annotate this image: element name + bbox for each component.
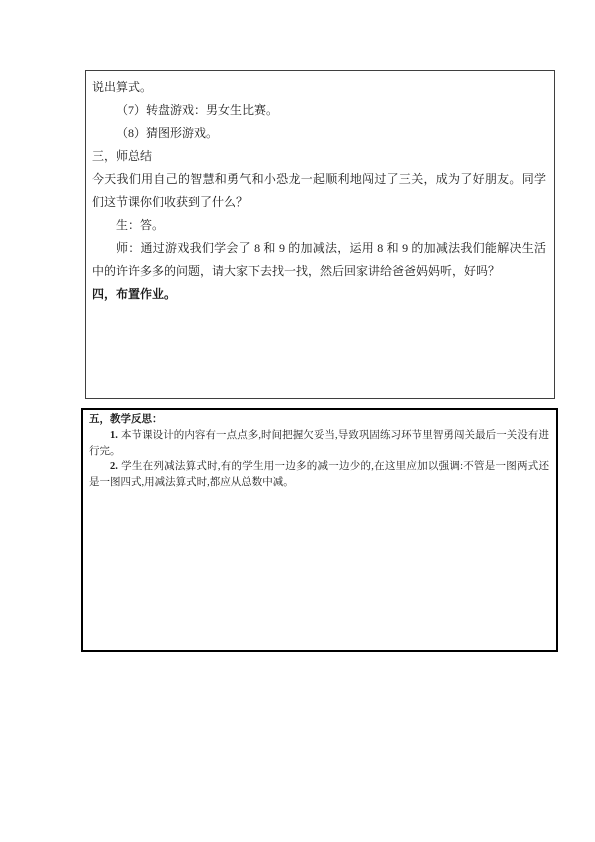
item-text: 学生在列减法算式时,有的学生用一边多的减一边少的,在这里应加以强调:不管是一图两… xyxy=(89,461,549,488)
paragraph-teacher-closing: 师：通过游戏我们学会了 8 和 9 的加减法，运用 8 和 9 的加减法我们能解… xyxy=(92,237,546,283)
paragraph-game-8: （8）猜图形游戏。 xyxy=(92,122,546,145)
paragraph-game-7: （7）转盘游戏：男女生比赛。 xyxy=(92,99,546,122)
lesson-plan-table-cell: 说出算式。 （7）转盘游戏：男女生比赛。 （8）猜图形游戏。 三，师总结 今天我… xyxy=(85,70,555,399)
item-text: 本节课设计的内容有一点点多,时间把握欠妥当,导致巩固练习环节里智勇闯关最后一关没… xyxy=(89,430,549,457)
reflection-item: 1.本节课设计的内容有一点点多,时间把握欠妥当,导致巩固练习环节里智勇闯关最后一… xyxy=(89,428,549,460)
teaching-reflection-table-cell: 五，教学反思： 1.本节课设计的内容有一点点多,时间把握欠妥当,导致巩固练习环节… xyxy=(81,408,558,652)
item-number: 1. xyxy=(110,430,118,441)
document-page: 说出算式。 （7）转盘游戏：男女生比赛。 （8）猜图形游戏。 三，师总结 今天我… xyxy=(0,0,595,842)
reflection-heading: 五，教学反思： xyxy=(89,412,549,428)
section-heading-homework: 四，布置作业。 xyxy=(92,283,546,306)
paragraph-student-answer: 生：答。 xyxy=(92,214,546,237)
section-heading-teacher-summary: 三，师总结 xyxy=(92,145,546,168)
paragraph-say-equation: 说出算式。 xyxy=(92,76,546,99)
reflection-item: 2.学生在列减法算式时,有的学生用一边多的减一边少的,在这里应加以强调:不管是一… xyxy=(89,459,549,491)
paragraph-summary-speech: 今天我们用自己的智慧和勇气和小恐龙一起顺利地闯过了三关，成为了好朋友。同学们这节… xyxy=(92,168,546,214)
item-number: 2. xyxy=(110,461,118,472)
